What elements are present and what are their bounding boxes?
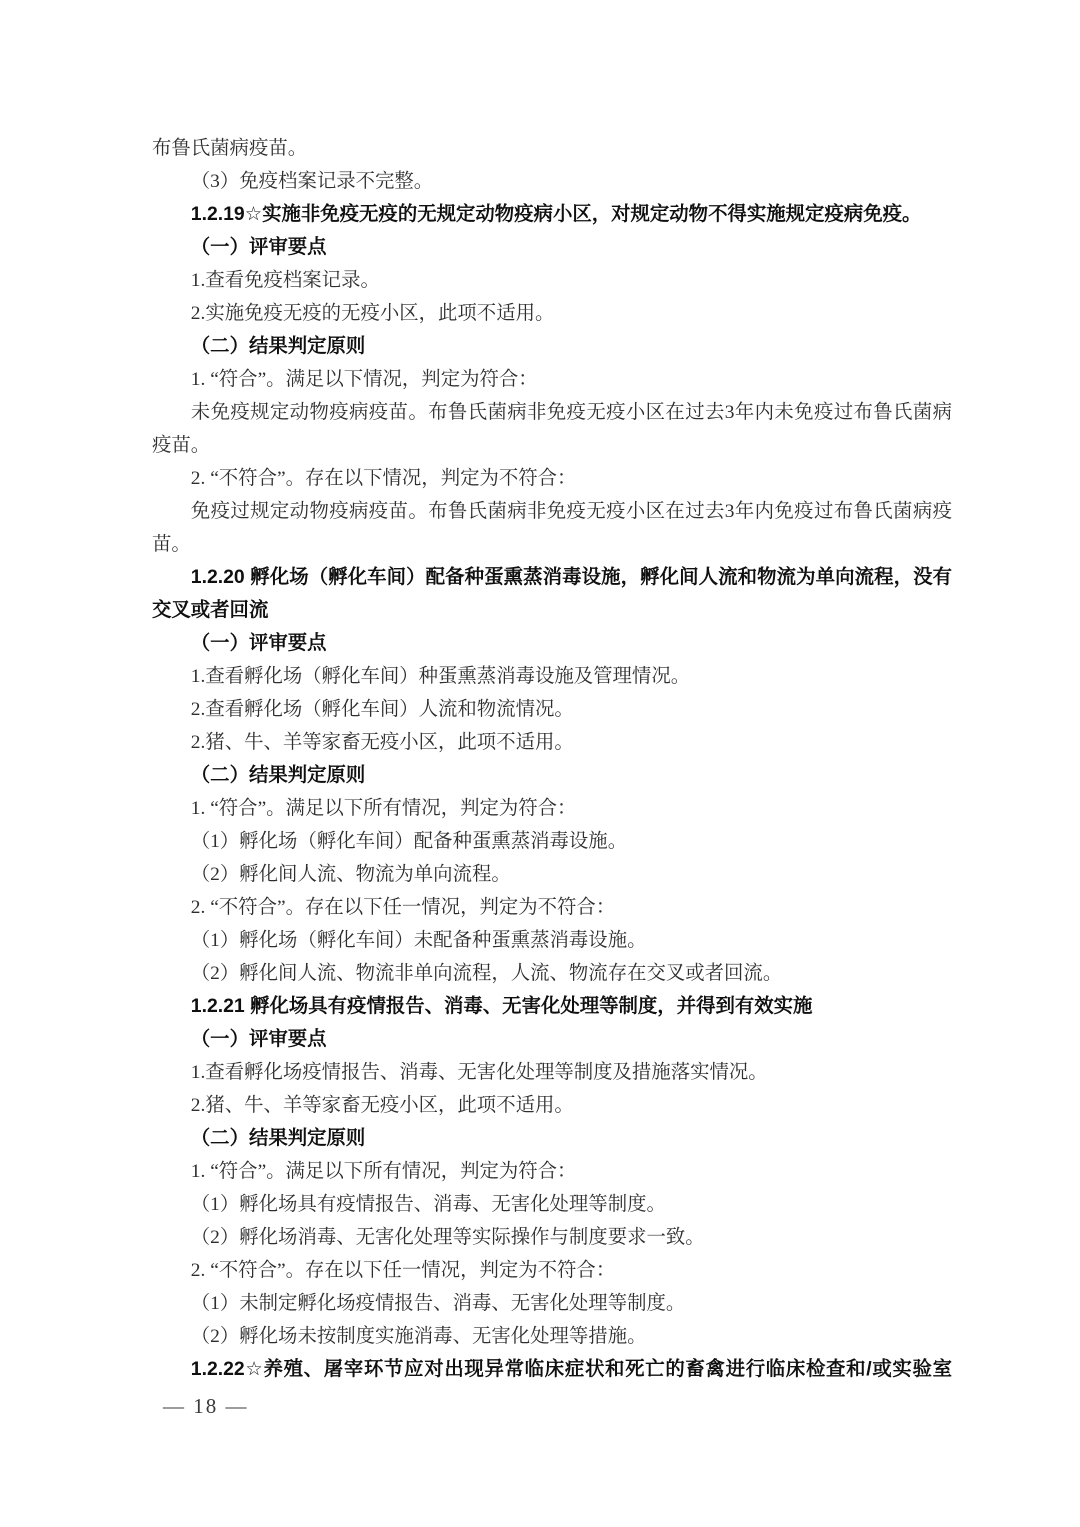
body-paragraph: 1. “符合”。满足以下情况，判定为符合： [152, 363, 952, 396]
heading-paragraph: 1.2.19☆实施非免疫无疫的无规定动物疫病小区，对规定动物不得实施规定疫病免疫… [152, 198, 952, 231]
body-paragraph: （1）孵化场具有疫情报告、消毒、无害化处理等制度。 [152, 1188, 952, 1221]
body-paragraph: 2. “不符合”。存在以下任一情况，判定为不符合： [152, 891, 952, 924]
body-paragraph: 免疫过规定动物疫病疫苗。布鲁氏菌病非免疫无疫小区在过去3年内免疫过布鲁氏菌病疫苗… [152, 495, 952, 561]
body-paragraph: 2. “不符合”。存在以下情况，判定为不符合： [152, 462, 952, 495]
document-page: 布鲁氏菌病疫苗。（3）免疫档案记录不完整。1.2.19☆实施非免疫无疫的无规定动… [0, 0, 1080, 1527]
body-paragraph: 1.查看免疫档案记录。 [152, 264, 952, 297]
body-paragraph: （2）孵化间人流、物流为单向流程。 [152, 858, 952, 891]
heading-paragraph: （一）评审要点 [152, 627, 952, 660]
body-paragraph: 2. “不符合”。存在以下任一情况，判定为不符合： [152, 1254, 952, 1287]
heading-paragraph: （二）结果判定原则 [152, 330, 952, 363]
heading-paragraph: （一）评审要点 [152, 231, 952, 264]
body-paragraph: （2）孵化场消毒、无害化处理等实际操作与制度要求一致。 [152, 1221, 952, 1254]
body-paragraph: （1）孵化场（孵化车间）未配备种蛋熏蒸消毒设施。 [152, 924, 952, 957]
body-paragraph: 2.猪、牛、羊等家畜无疫小区，此项不适用。 [152, 1089, 952, 1122]
body-paragraph: （1）孵化场（孵化车间）配备种蛋熏蒸消毒设施。 [152, 825, 952, 858]
heading-paragraph: 1.2.21 孵化场具有疫情报告、消毒、无害化处理等制度，并得到有效实施 [152, 990, 952, 1023]
body-paragraph: 2.猪、牛、羊等家畜无疫小区，此项不适用。 [152, 726, 952, 759]
page-number: — 18 — [163, 1394, 249, 1418]
body-paragraph: （2）孵化场未按制度实施消毒、无害化处理等措施。 [152, 1320, 952, 1353]
heading-paragraph: （一）评审要点 [152, 1023, 952, 1056]
heading-paragraph: 1.2.22☆养殖、屠宰环节应对出现异常临床症状和死亡的畜禽进行临床检查和/或实… [152, 1353, 952, 1386]
body-paragraph: （2）孵化间人流、物流非单向流程，人流、物流存在交叉或者回流。 [152, 957, 952, 990]
page-footer: — 18 — [163, 1394, 249, 1419]
body-paragraph: 2.查看孵化场（孵化车间）人流和物流情况。 [152, 693, 952, 726]
body-paragraph: 1.查看孵化场疫情报告、消毒、无害化处理等制度及措施落实情况。 [152, 1056, 952, 1089]
body-paragraph: 1.查看孵化场（孵化车间）种蛋熏蒸消毒设施及管理情况。 [152, 660, 952, 693]
body-paragraph: 2.实施免疫无疫的无疫小区，此项不适用。 [152, 297, 952, 330]
body-paragraph: 1. “符合”。满足以下所有情况，判定为符合： [152, 792, 952, 825]
body-paragraph: （1）未制定孵化场疫情报告、消毒、无害化处理等制度。 [152, 1287, 952, 1320]
body-paragraph: （3）免疫档案记录不完整。 [152, 165, 952, 198]
document-content: 布鲁氏菌病疫苗。（3）免疫档案记录不完整。1.2.19☆实施非免疫无疫的无规定动… [152, 132, 952, 1386]
body-paragraph: 布鲁氏菌病疫苗。 [152, 132, 952, 165]
body-paragraph: 未免疫规定动物疫病疫苗。布鲁氏菌病非免疫无疫小区在过去3年内未免疫过布鲁氏菌病疫… [152, 396, 952, 462]
body-paragraph: 1. “符合”。满足以下所有情况，判定为符合： [152, 1155, 952, 1188]
heading-paragraph: （二）结果判定原则 [152, 759, 952, 792]
heading-paragraph: （二）结果判定原则 [152, 1122, 952, 1155]
heading-paragraph: 1.2.20 孵化场（孵化车间）配备种蛋熏蒸消毒设施，孵化间人流和物流为单向流程… [152, 561, 952, 627]
